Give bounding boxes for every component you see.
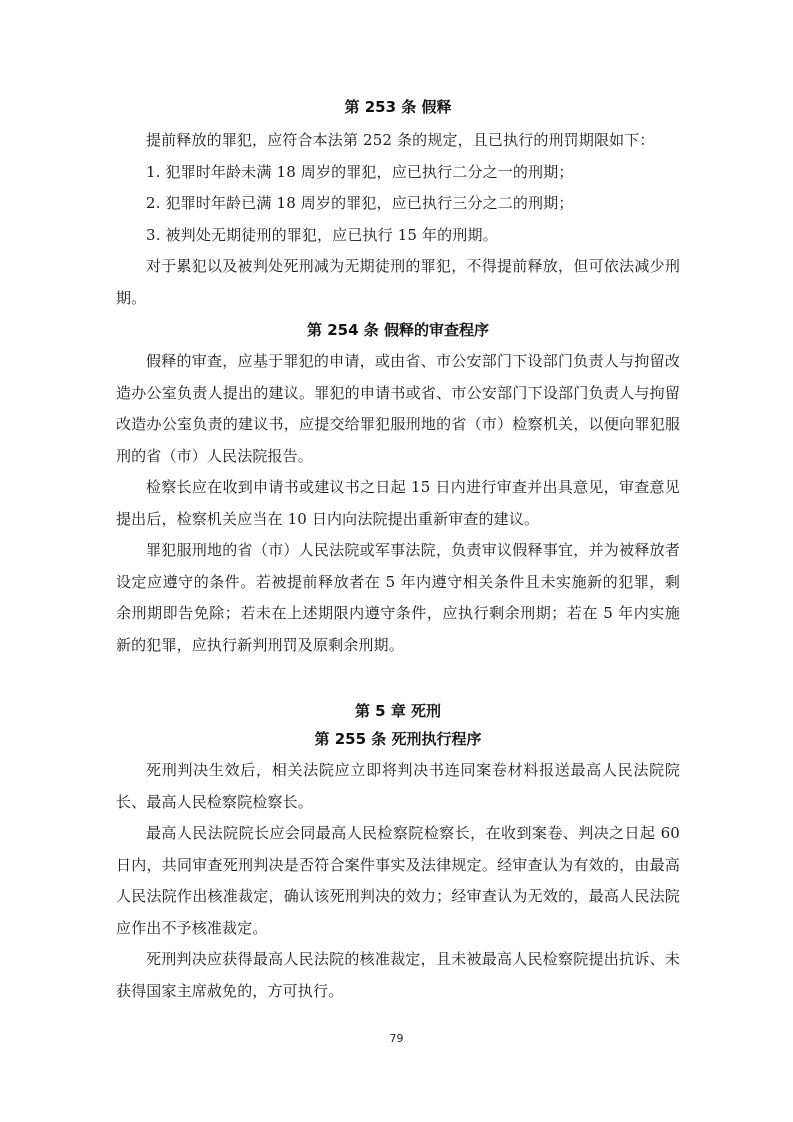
article-253-heading: 第 253 条 假释 xyxy=(116,97,680,117)
chapter-5-heading: 第 5 章 死刑 xyxy=(116,701,680,721)
page-content: 第 253 条 假释 提前释放的罪犯，应符合本法第 252 条的规定，且已执行的… xyxy=(116,97,680,1007)
article-254-para-2: 检察长应在收到申请书或建议书之日起 15 日内进行审查并出具意见，审查意见提出后… xyxy=(116,472,680,535)
article-253-item-3: 3. 被判处无期徒刑的罪犯，应已执行 15 年的刑期。 xyxy=(116,220,680,252)
article-254-heading: 第 254 条 假释的审查程序 xyxy=(116,320,680,340)
article-254-para-3: 罪犯服刑地的省（市）人民法院或军事法院，负责审议假释事宜，并为被释放者设定应遵守… xyxy=(116,535,680,661)
article-255-heading: 第 255 条 死刑执行程序 xyxy=(116,729,680,749)
article-253-exception: 对于累犯以及被判处死刑减为无期徒刑的罪犯，不得提前释放，但可依法减少刑期。 xyxy=(116,251,680,314)
page-number: 79 xyxy=(0,1032,793,1045)
article-253-intro: 提前释放的罪犯，应符合本法第 252 条的规定，且已执行的刑罚期限如下： xyxy=(116,125,680,157)
article-253-item-1: 1. 犯罪时年龄未满 18 周岁的罪犯，应已执行二分之一的刑期； xyxy=(116,157,680,189)
document-page: 第 253 条 假释 提前释放的罪犯，应符合本法第 252 条的规定，且已执行的… xyxy=(0,0,793,1122)
article-255-para-3: 死刑判决应获得最高人民法院的核准裁定，且未被最高人民检察院提出抗诉、未获得国家主… xyxy=(116,944,680,1007)
article-255-para-1: 死刑判决生效后，相关法院应立即将判决书连同案卷材料报送最高人民法院院长、最高人民… xyxy=(116,755,680,818)
article-253-item-2: 2. 犯罪时年龄已满 18 周岁的罪犯，应已执行三分之二的刑期； xyxy=(116,188,680,220)
article-254-para-1: 假释的审查，应基于罪犯的申请，或由省、市公安部门下设部门负责人与拘留改造办公室负… xyxy=(116,346,680,472)
article-255-para-2: 最高人民法院院长应会同最高人民检察院检察长，在收到案卷、判决之日起 60 日内，… xyxy=(116,818,680,944)
